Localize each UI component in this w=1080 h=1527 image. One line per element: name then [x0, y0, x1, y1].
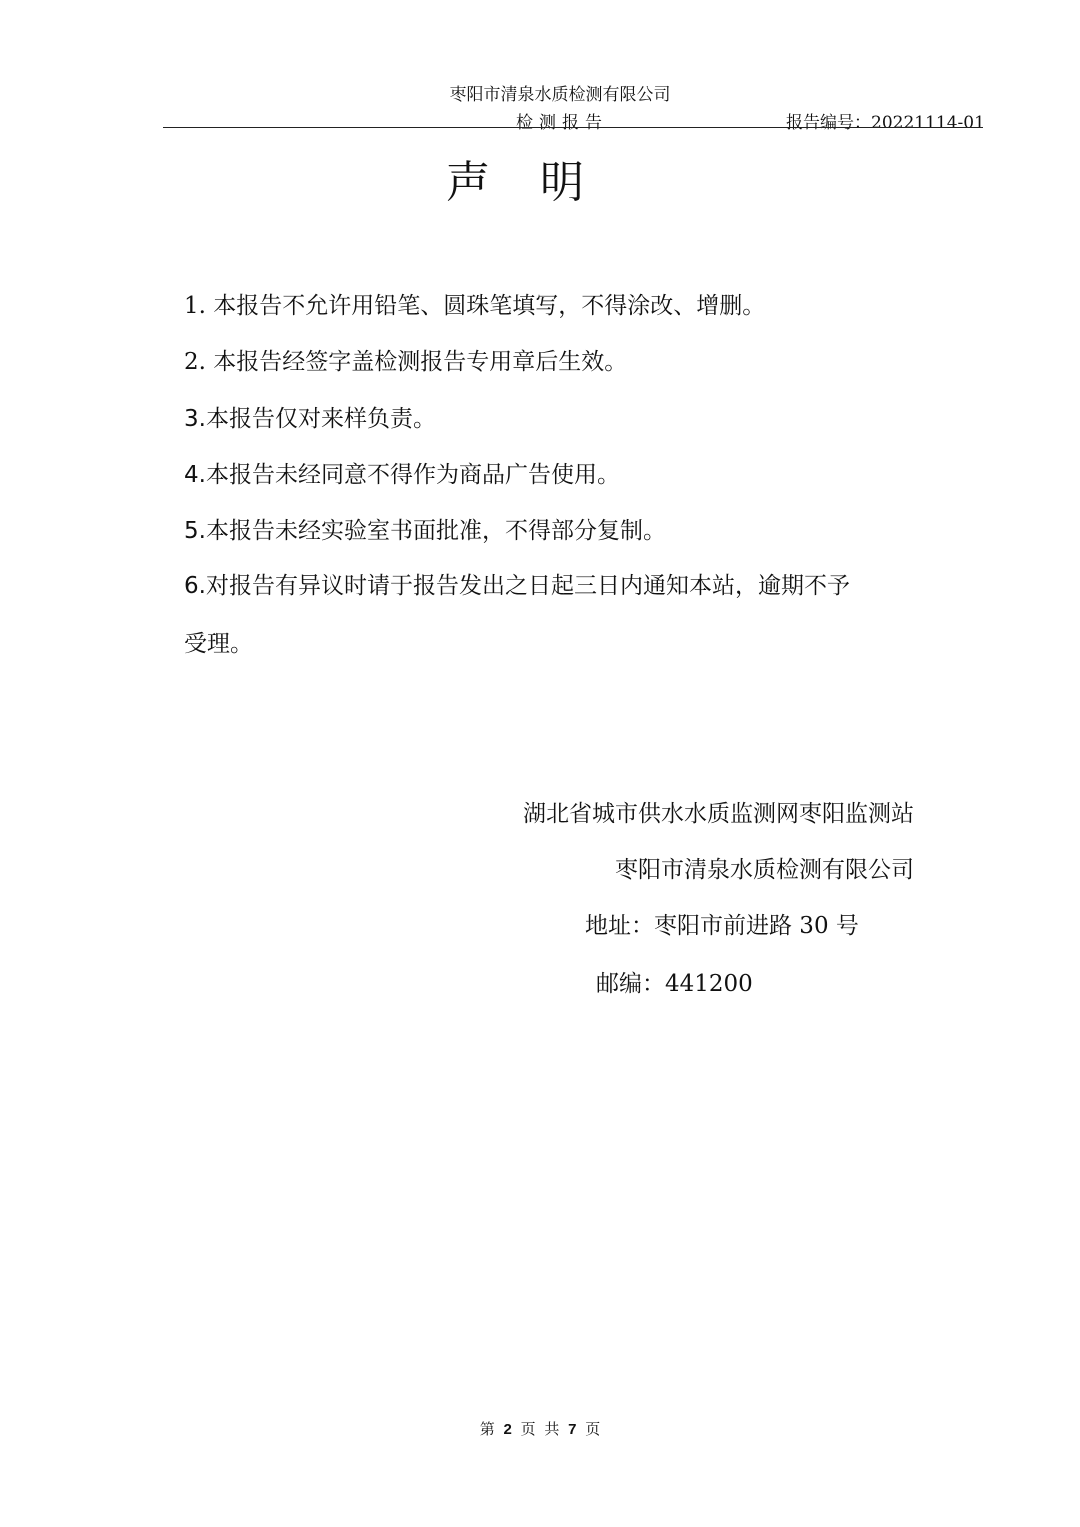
- clause-4: 4.本报告未经同意不得作为商品广告使用。: [184, 456, 620, 489]
- page-title: 声明: [0, 146, 1030, 210]
- clause-2: 2. 本报告经签字盖检测报告专用章后生效。: [184, 343, 627, 376]
- page-total: 7: [568, 1421, 576, 1438]
- page-number-footer: 第 2 页 共 7 页: [0, 1418, 1080, 1439]
- signature-company: 枣阳市清泉水质检测有限公司: [615, 851, 914, 884]
- header-report-number: 报告编号：20221114-01: [786, 108, 985, 133]
- clause-6-continued: 受理。: [184, 625, 253, 658]
- header-company-name: 枣阳市清泉水质检测有限公司: [0, 80, 1080, 105]
- signature-station: 湖北省城市供水水质监测网枣阳监测站: [523, 795, 914, 828]
- signature-postcode: 邮编：441200: [596, 965, 753, 998]
- clause-5: 5.本报告未经实验室书面批准，不得部分复制。: [184, 512, 666, 545]
- signature-address: 地址：枣阳市前进路 30 号: [585, 907, 859, 940]
- clause-1: 1. 本报告不允许用铅笔、圆珠笔填写，不得涂改、增删。: [184, 287, 765, 320]
- page-current: 2: [503, 1421, 511, 1438]
- page-suffix: 页: [585, 1420, 600, 1438]
- header-report-label: 检测报告: [516, 108, 608, 133]
- page-prefix: 第: [480, 1420, 495, 1438]
- page-mid: 页 共: [521, 1420, 560, 1438]
- clause-3: 3.本报告仅对来样负责。: [184, 400, 436, 433]
- clause-6: 6.对报告有异议时请于报告发出之日起三日内通知本站，逾期不予: [184, 567, 850, 600]
- header-divider: [163, 127, 983, 128]
